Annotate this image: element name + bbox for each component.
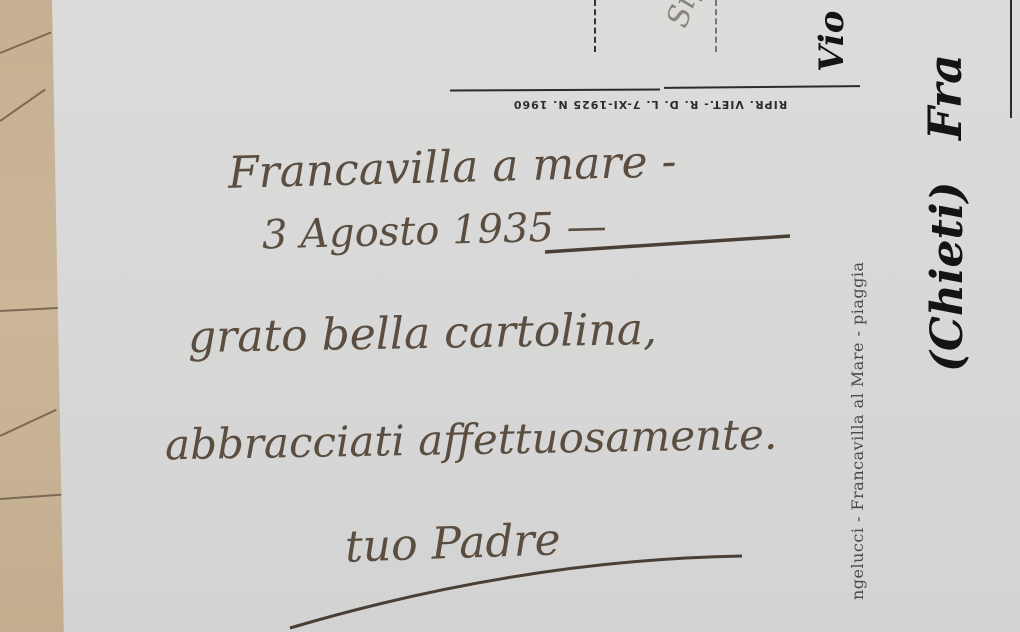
signature-flourish <box>0 0 1020 632</box>
